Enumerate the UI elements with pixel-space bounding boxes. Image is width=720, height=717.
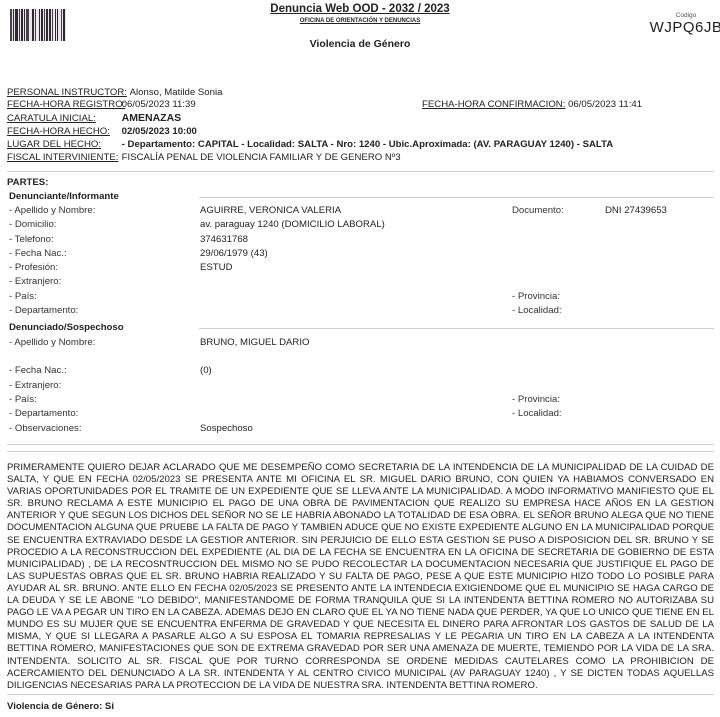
confirmacion-value: 06/05/2023 11:41	[568, 99, 642, 111]
complainant-field-label: - Extranjero:	[9, 276, 61, 287]
complainant-field-label: - Telefono:	[9, 234, 54, 245]
registro-value: 06/05/2023 11:39	[122, 99, 196, 111]
document-subject: Violencia de Género	[0, 38, 720, 50]
confirmacion-row: FECHA-HORA CONFIRMACION: 06/05/2023 11:4…	[422, 99, 642, 111]
accused-localidad-label: - Localidad:	[512, 408, 562, 419]
accused-provincia-label: - Provincia:	[512, 394, 560, 405]
hecho-value: 02/05/2023 10:00	[122, 126, 197, 138]
lugar-label: LUGAR DEL HECHO:	[7, 139, 119, 151]
complainant-field-value: ESTUD	[200, 262, 233, 273]
complainant-field-label: - Departamento:	[9, 305, 78, 316]
code-value: WJPQ6JB	[640, 19, 720, 36]
complainant-field-label: - Domicilio:	[9, 219, 56, 230]
complainant-field-label: - País:	[9, 291, 37, 302]
accused-field-value: (0)	[200, 365, 212, 376]
accused-field-value: Sospechoso	[200, 423, 253, 434]
divider	[199, 328, 714, 329]
registro-label: FECHA-HORA REGISTRO:	[7, 99, 119, 111]
caratula-label: CARATULA INICIAL:	[7, 113, 119, 125]
divider	[7, 694, 714, 695]
accused-heading: Denunciado/Sospechoso	[9, 322, 124, 333]
accused-field-label: - Fecha Nac.:	[9, 365, 67, 376]
complainant-field-label: - Apellido y Nombre:	[9, 205, 95, 216]
documento-value: DNI 27439653	[605, 205, 667, 216]
divider	[7, 451, 714, 452]
accused-field-label: - Departamento:	[9, 408, 78, 419]
lugar-value: - Departamento: CAPITAL - Localidad: SAL…	[122, 139, 613, 151]
accused-field-label: - Apellido y Nombre:	[9, 337, 95, 348]
accused-field-label: - País:	[9, 394, 37, 405]
accused-field-value: BRUNO, MIGUEL DARIO	[200, 337, 309, 348]
complainant-field-value: av. paraguay 1240 (DOMICILIO LABORAL)	[200, 219, 385, 230]
caratula-value: AMENAZAS	[122, 112, 182, 124]
document-title-text: Denuncia Web OOD - 2032 / 2023	[270, 3, 449, 15]
registro-row: FECHA-HORA REGISTRO: 06/05/2023 11:39	[7, 99, 196, 111]
fiscal-row: FISCAL INTERVINIENTE: FISCALÍA PENAL DE …	[7, 152, 401, 164]
hecho-row: FECHA-HORA HECHO: 02/05/2023 10:00	[7, 126, 197, 138]
caratula-row: CARATULA INICIAL: AMENAZAS	[7, 112, 181, 124]
complainant-localidad-label: - Localidad:	[512, 305, 562, 316]
divider	[199, 197, 714, 198]
office-name: OFICINA DE ORIENTACIÓN Y DENUNCIAS	[0, 18, 720, 24]
fiscal-label: FISCAL INTERVINIENTE:	[7, 152, 119, 164]
divider	[7, 171, 714, 172]
accused-field-label: - Observaciones:	[9, 423, 82, 434]
confirmacion-label: FECHA-HORA CONFIRMACION:	[422, 99, 565, 111]
lugar-row: LUGAR DEL HECHO: - Departamento: CAPITAL…	[7, 139, 613, 151]
complainant-field-label: - Profesión:	[9, 262, 58, 273]
complainant-provincia-label: - Provincia:	[512, 291, 560, 302]
instructor-label: PERSONAL INSTRUCTOR:	[7, 87, 127, 99]
instructor-value: Alonso, Matilde Sonia	[130, 87, 223, 99]
complainant-field-value: AGUIRRE, VERONICA VALERIA	[200, 205, 341, 216]
accused-field-label: - Extranjero:	[9, 380, 61, 391]
complainant-field-value: 374631768	[200, 234, 248, 245]
hecho-label: FECHA-HORA HECHO:	[7, 126, 119, 138]
parties-heading: PARTES:	[7, 177, 48, 188]
complainant-field-value: 29/06/1979 (43)	[200, 248, 268, 259]
divider	[7, 444, 714, 445]
gender-violence-flag: Violencia de Género: Si	[7, 701, 114, 712]
complainant-heading: Denunciante/Informante	[9, 191, 119, 202]
complainant-field-label: - Fecha Nac.:	[9, 248, 67, 259]
code-label: Codigo	[640, 12, 720, 19]
instructor-row: PERSONAL INSTRUCTOR: Alonso, Matilde Son…	[7, 87, 222, 99]
documento-label: Documento:	[512, 205, 564, 216]
document-title: Denuncia Web OOD - 2032 / 2023	[0, 3, 720, 15]
office-name-text: OFICINA DE ORIENTACIÓN Y DENUNCIAS	[300, 18, 420, 24]
fiscal-value: FISCALÍA PENAL DE VIOLENCIA FAMILIAR Y D…	[122, 152, 401, 164]
narrative-text: PRIMERAMENTE QUIERO DEJAR ACLARADO QUE M…	[7, 462, 714, 692]
